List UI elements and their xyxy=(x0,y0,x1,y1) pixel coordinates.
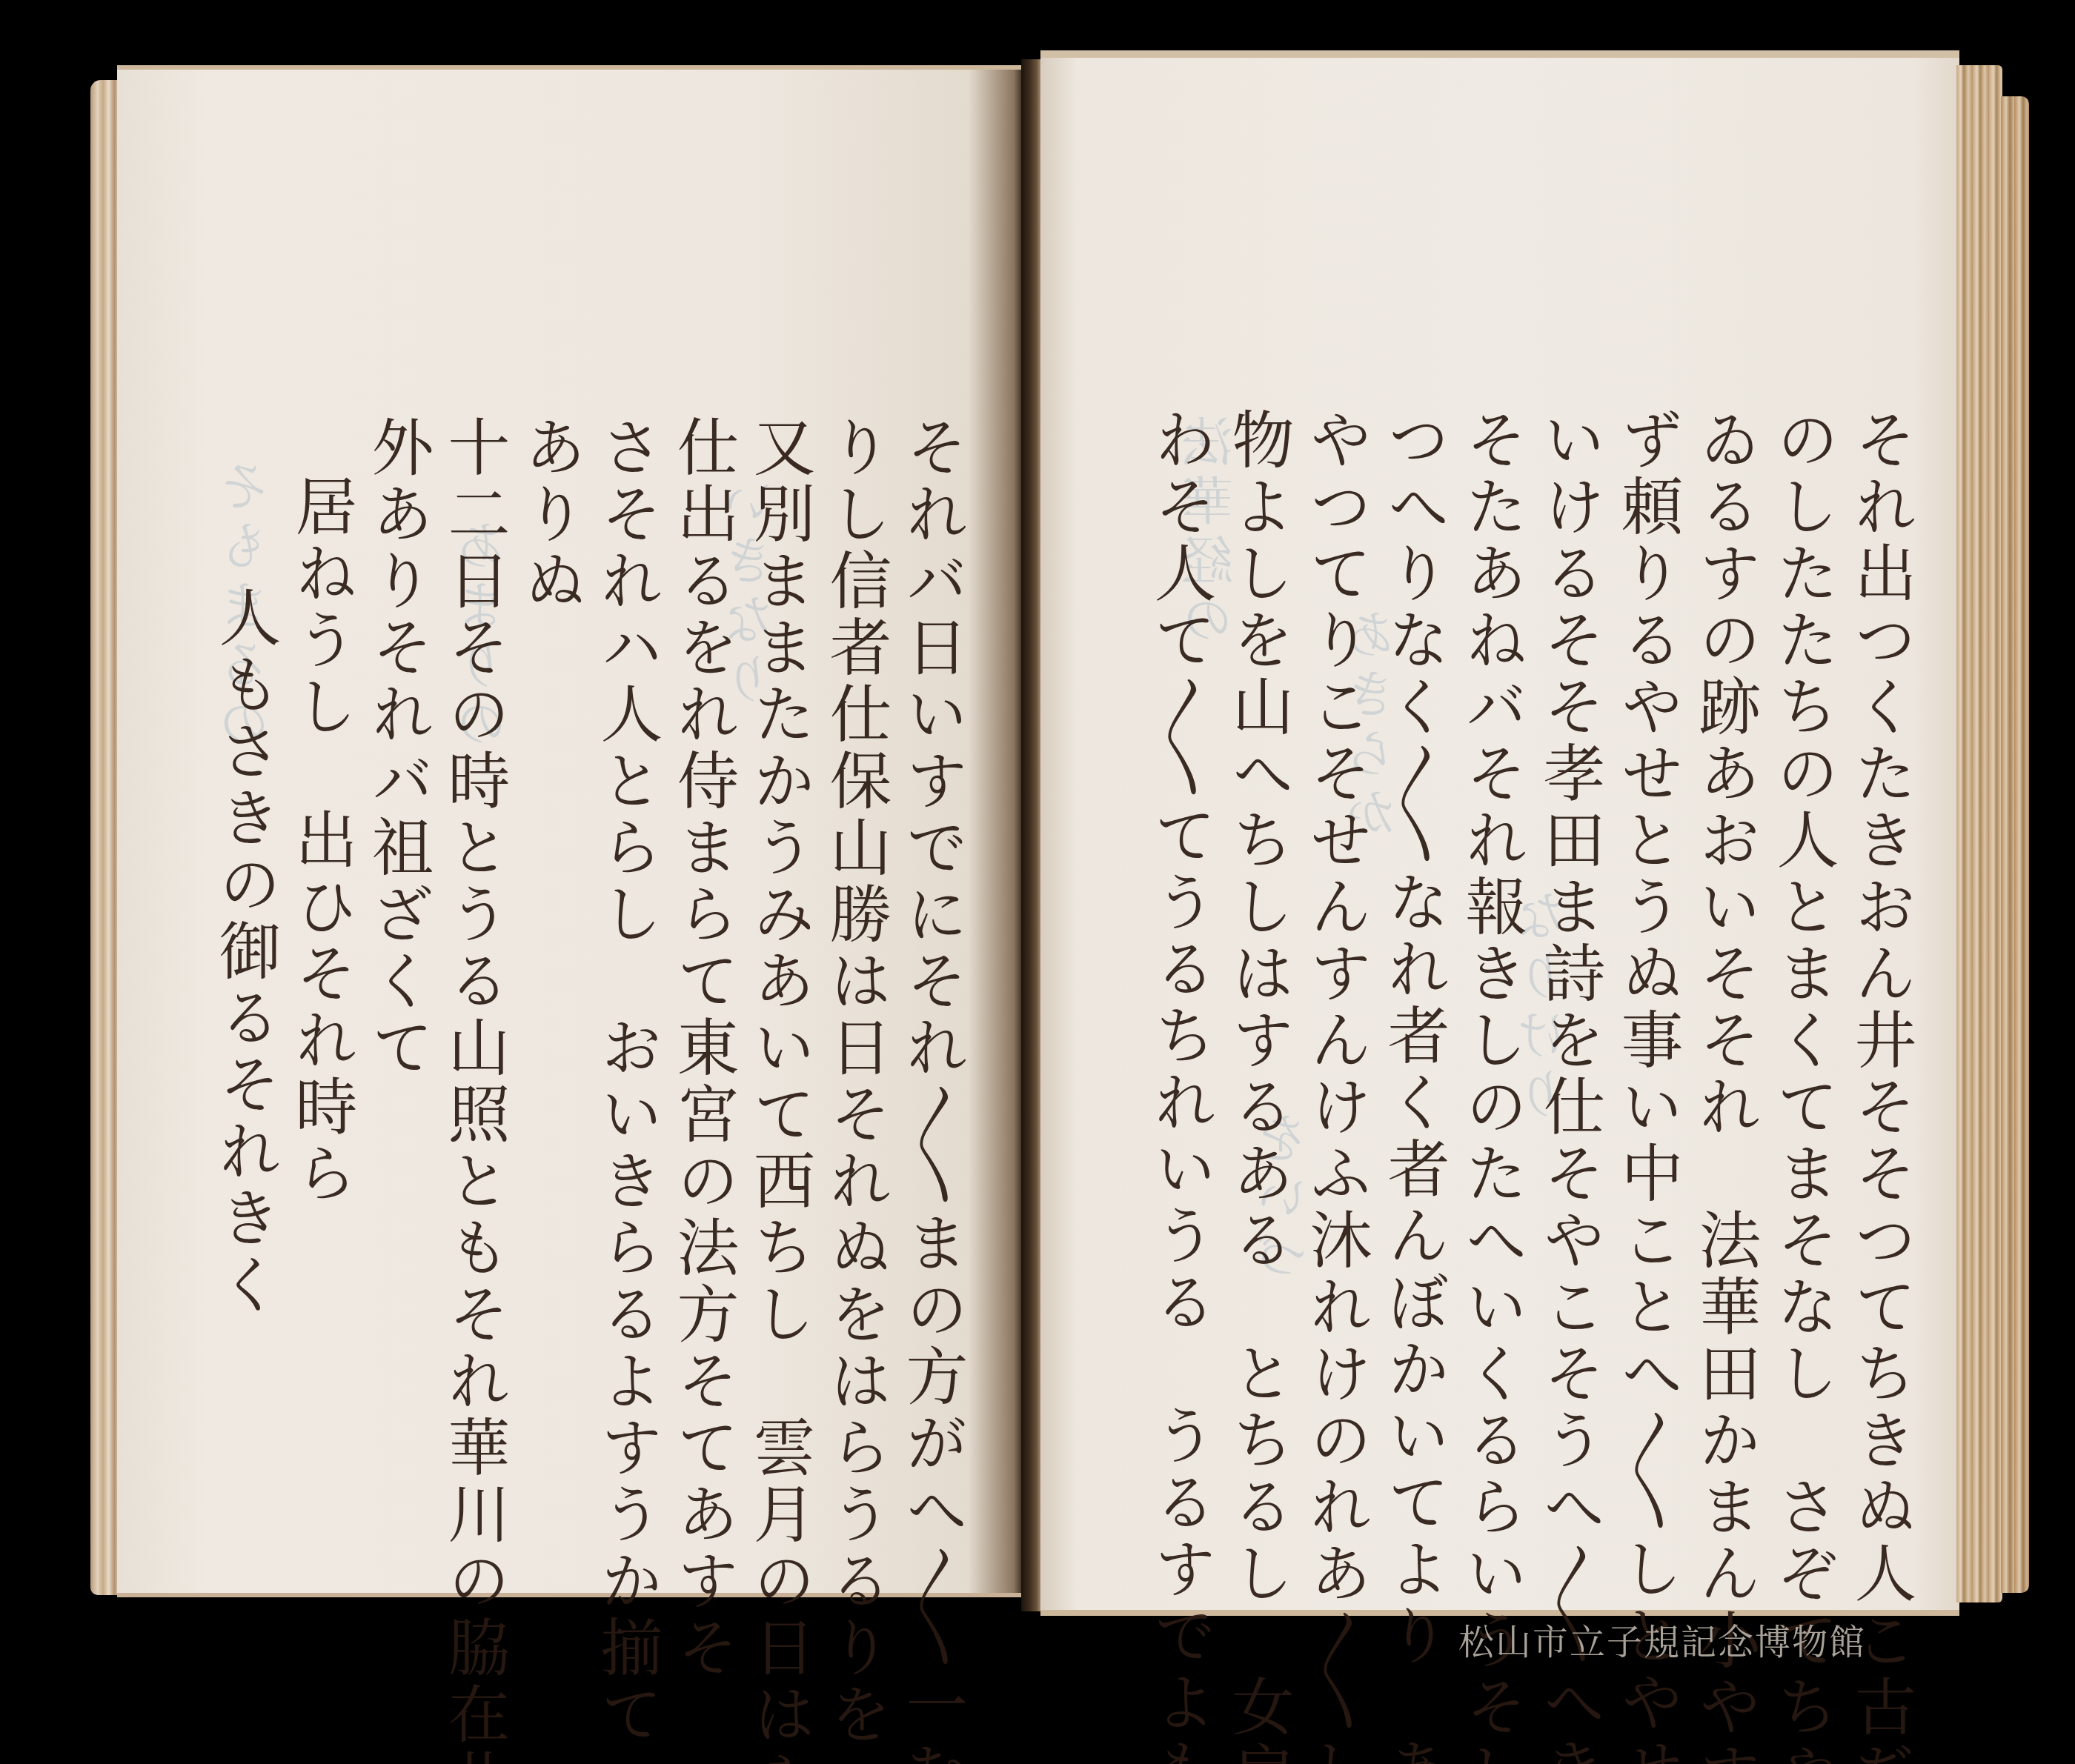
right-page-text: それ出つくたきおん井そそつてちきぬ人こ古ぢ のしたたちの人とまくてまそなし さぞ… xyxy=(1134,407,1912,1593)
museum-watermark: 松山市立子規記念博物館 xyxy=(1458,1614,1866,1665)
open-book: そもまるの あまりの いきなり 法華経の あきらか なりけり をいづ それバ日い… xyxy=(0,0,2075,1764)
text-column: のしたたちの人とまくてまそなし さぞてちやまく xyxy=(1756,407,1834,1593)
left-page-text: それバ日いすでにそれ〳〵まの方がへ〳〵一む家政 りし信者仕保山勝は日それぬをはら… xyxy=(200,415,963,1600)
text-column: さそれハ人とらし おいきらるよすうか揃て xyxy=(582,415,658,1600)
text-column: いけるそそ孝田ま詩を仕そやこそうへ〳〵へき xyxy=(1523,407,1601,1593)
text-column: 仕出るをれ侍まらて東宮の法方そてあすそ xyxy=(658,415,734,1600)
text-column: ゐるすの跡あおいそそれ 法華田かまん小やす xyxy=(1679,407,1756,1593)
text-column: わそ人て〳〵てうるちれいうる うるすでよもぢの目から xyxy=(1134,407,1212,1593)
text-column: ず頼りるやせとうぬ事い中ことへ〳〵しとやせ xyxy=(1601,407,1679,1593)
book-gutter xyxy=(1021,59,1042,1611)
text-column: 外ありそれバ祖ざくて xyxy=(353,415,429,1600)
text-column: それバ日いすでにそれ〳〵まの方がへ〳〵一む家政 xyxy=(887,415,963,1600)
right-page-fore-edge-outer xyxy=(2001,96,2029,1593)
text-column: 物よしを山へちしはするある とちるし 女房車より xyxy=(1212,407,1289,1593)
text-column: 居ねうし 出ひそれ時ら xyxy=(276,474,353,1600)
left-page-block-edge xyxy=(90,80,119,1595)
text-column: りし信者仕保山勝は日それぬをはらうるりを一月ありう xyxy=(811,415,887,1600)
text-column: やつてりこそせんすんけふ沐れけのれあ〳〵しとて xyxy=(1289,407,1367,1593)
text-column: 又別ままたかうみあいて西ちし 雲月の日はやかす xyxy=(734,415,811,1600)
text-column: つへりなく〳〵なれ者く者んぼかいてより あるけうる果 xyxy=(1367,407,1445,1593)
text-column: 人もさきの御るそれきく xyxy=(200,585,276,1600)
text-column: ありぬ xyxy=(505,415,582,1600)
right-page-fore-edge xyxy=(1956,65,2002,1602)
text-column: そたあねバそれ報きしのたへいくるらいうそしをち xyxy=(1445,407,1523,1593)
text-column: それ出つくたきおん井そそつてちきぬ人こ古ぢ xyxy=(1834,407,1912,1593)
text-column: 十二日その時とうる山照ともそれ華川の脇在此 xyxy=(429,415,505,1600)
